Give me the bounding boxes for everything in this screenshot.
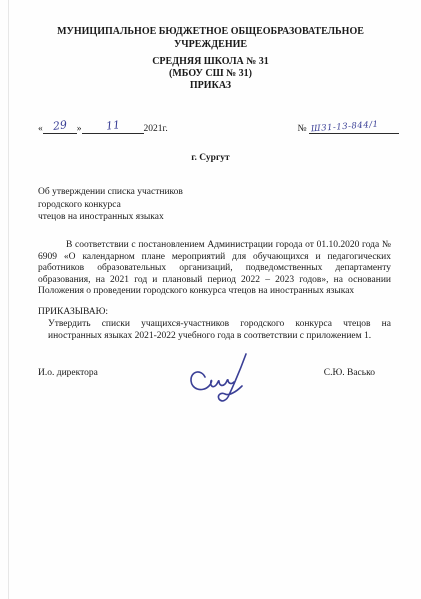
date-field: «29»112021г. <box>38 120 168 134</box>
subject-block: Об утверждении списка участников городск… <box>38 186 268 224</box>
signer-name: С.Ю. Васько <box>324 368 375 378</box>
school-abbr: (МБОУ СШ № 31) <box>40 68 381 80</box>
school-block: СРЕДНЯЯ ШКОЛА № 31 (МБОУ СШ № 31) ПРИКАЗ <box>40 56 381 92</box>
day-underline: 29 <box>43 120 77 134</box>
scan-edge-artifact <box>8 0 9 599</box>
year-label: 2021г. <box>144 124 168 134</box>
city-label: г. Сургут <box>0 153 421 163</box>
handwritten-month: 11 <box>105 119 120 131</box>
number-field: № Ш31-13-844/1 <box>298 122 399 134</box>
date-number-row: «29»112021г. № Ш31-13-844/1 <box>38 120 399 134</box>
signature-scribble <box>183 350 261 408</box>
signer-role: И.о. директора <box>38 368 98 378</box>
school-name: СРЕДНЯЯ ШКОЛА № 31 <box>40 56 381 68</box>
order-item-text: Утвердить списки учащихся-участников гор… <box>48 319 391 342</box>
subject-line: Об утверждении списка участников <box>38 186 268 199</box>
subject-line: городского конкурса <box>38 199 268 212</box>
month-underline: 11 <box>82 120 144 134</box>
order-document-page: МУНИЦИПАЛЬНОЕ БЮДЖЕТНОЕ ОБЩЕОБРАЗОВАТЕЛЬ… <box>0 0 421 599</box>
number-label: № <box>298 124 307 134</box>
document-type-title: ПРИКАЗ <box>40 80 381 92</box>
number-underline: Ш31-13-844/1 <box>309 122 399 134</box>
order-heading: ПРИКАЗЫВАЮ: <box>38 307 108 317</box>
handwritten-number: Ш31-13-844/1 <box>311 120 379 136</box>
handwritten-day: 29 <box>52 119 67 132</box>
organization-name: МУНИЦИПАЛЬНОЕ БЮДЖЕТНОЕ ОБЩЕОБРАЗОВАТЕЛЬ… <box>40 26 381 51</box>
body-paragraph: В соответствии с постановлением Админист… <box>38 240 391 298</box>
subject-line: чтецов на иностранных языках <box>38 211 268 224</box>
